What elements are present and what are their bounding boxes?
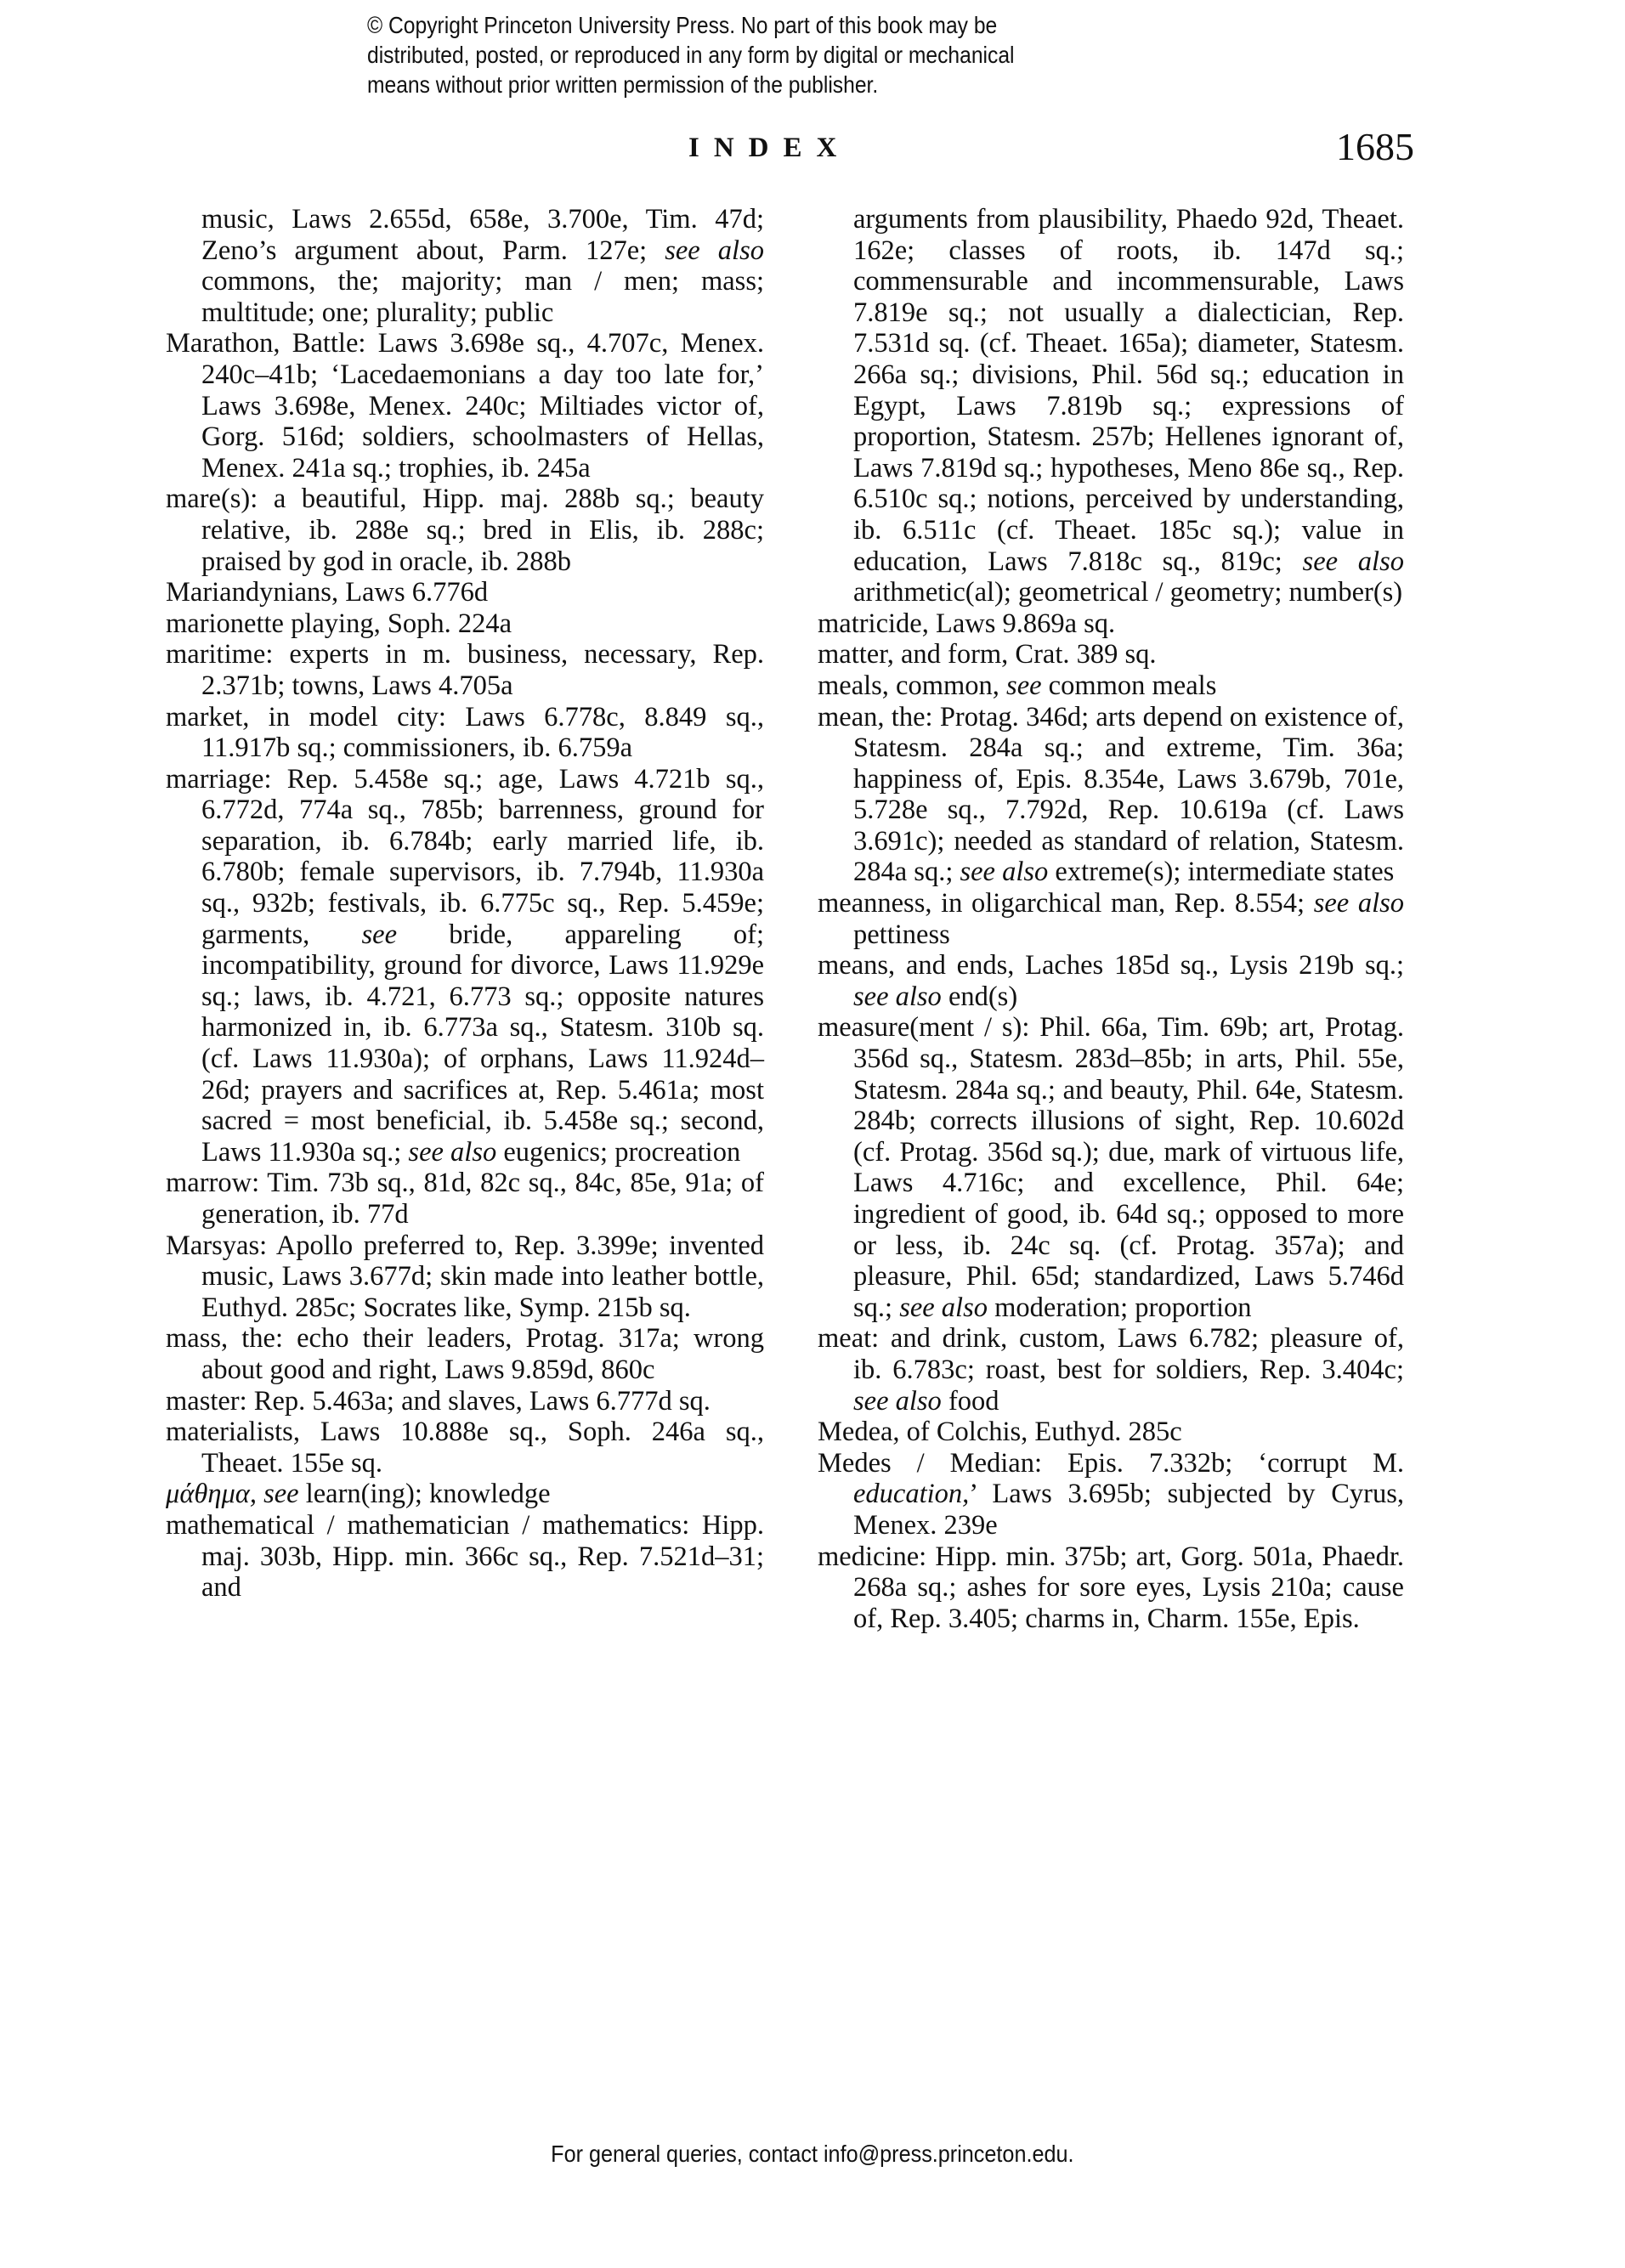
page-number: 1685 [1336,124,1414,169]
index-entry: master: Rep. 5.463a; and slaves, Laws 6.… [166,1386,764,1417]
index-entry: meat: and drink, custom, Laws 6.782; ple… [818,1323,1404,1417]
index-entry: matter, and form, Crat. 389 sq. [818,639,1404,670]
index-entry: marionette playing, Soph. 224a [166,608,764,640]
copyright-line: distributed, posted, or reproduced in an… [367,40,1115,70]
index-entry: mathematical / mathematician / mathemati… [166,1510,764,1603]
index-entry: Medes / Median: Epis. 7.332b; ‘corrupt M… [818,1448,1404,1541]
footer-contact: For general queries, contact info@press.… [0,2141,1625,2168]
index-entry: mare(s): a beautiful, Hipp. maj. 288b sq… [166,484,764,577]
index-entry: mass, the: echo their leaders, Protag. 3… [166,1323,764,1385]
copyright-line: © Copyright Princeton University Press. … [367,10,1115,40]
index-entry: marriage: Rep. 5.458e sq.; age, Laws 4.7… [166,764,764,1168]
index-entry: market, in model city: Laws 6.778c, 8.84… [166,702,764,764]
index-entry: music, Laws 2.655d, 658e, 3.700e, Tim. 4… [166,204,764,328]
index-entry: matricide, Laws 9.869a sq. [818,608,1404,640]
index-entry: medicine: Hipp. min. 375b; art, Gorg. 50… [818,1541,1404,1635]
copyright-line: means without prior written permission o… [367,70,1115,99]
index-entry: meanness, in oligarchical man, Rep. 8.55… [818,888,1404,950]
index-entry: means, and ends, Laches 185d sq., Lysis … [818,950,1404,1012]
index-entry: Marathon, Battle: Laws 3.698e sq., 4.707… [166,328,764,484]
index-column-left: music, Laws 2.655d, 658e, 3.700e, Tim. 4… [166,204,764,1603]
index-entry: materialists, Laws 10.888e sq., Soph. 24… [166,1417,764,1479]
index-entry: meals, common, see common meals [818,670,1404,702]
index-entry: mean, the: Protag. 346d; arts depend on … [818,702,1404,889]
index-column-right: arguments from plausibility, Phaedo 92d,… [818,204,1404,1634]
index-entry: arguments from plausibility, Phaedo 92d,… [818,204,1404,608]
copyright-notice: © Copyright Princeton University Press. … [367,10,1115,99]
index-entry: Mariandynians, Laws 6.776d [166,577,764,608]
index-entry: Marsyas: Apollo preferred to, Rep. 3.399… [166,1230,764,1324]
running-head: INDEX 1685 [0,127,1625,178]
index-entry: marrow: Tim. 73b sq., 81d, 82c sq., 84c,… [166,1168,764,1230]
section-title: INDEX [688,133,851,164]
index-entry: measure(ment / s): Phil. 66a, Tim. 69b; … [818,1012,1404,1323]
index-entry: Medea, of Colchis, Euthyd. 285c [818,1417,1404,1448]
index-entry: maritime: experts in m. business, necess… [166,639,764,701]
index-entry: μάθημα, see learn(ing); knowledge [166,1479,764,1510]
footer-text: For general queries, contact info@press.… [551,2141,1073,2168]
